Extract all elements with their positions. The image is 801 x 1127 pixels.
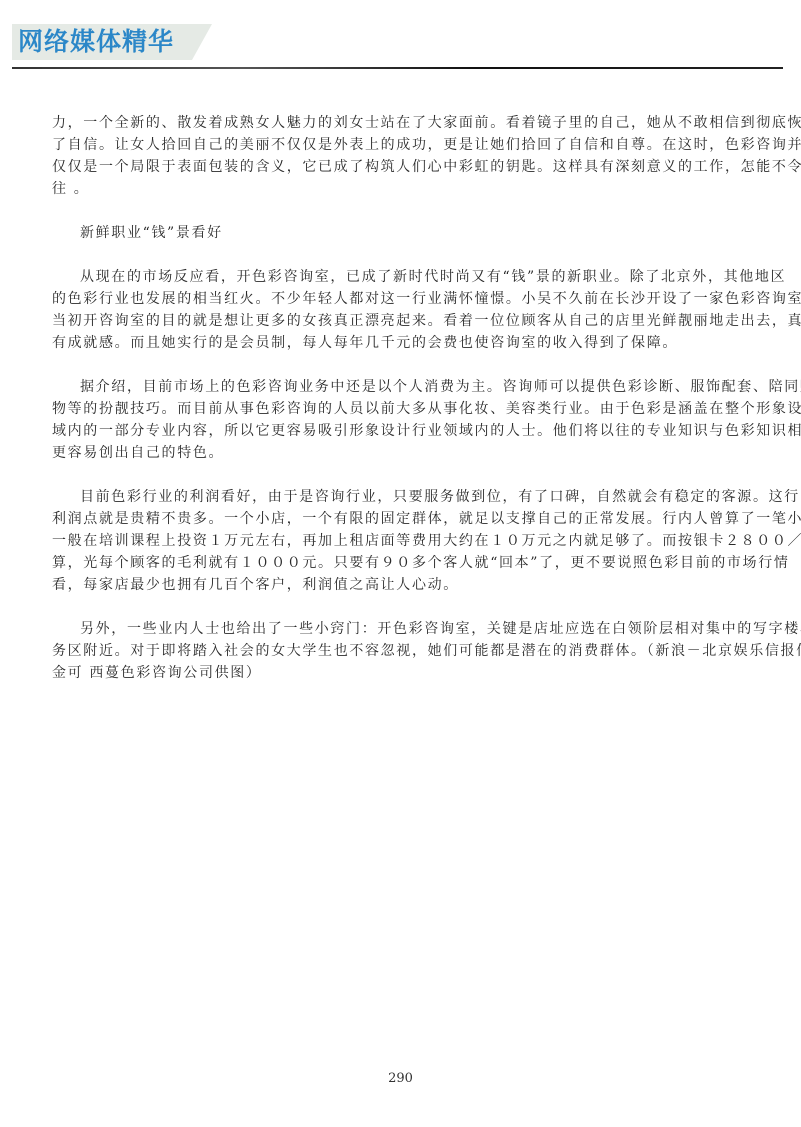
article-subheading: 新鲜职业“钱”景看好 bbox=[52, 222, 732, 244]
text-line: 据介绍，目前市场上的色彩咨询业务中还是以个人消费为主。咨询师可以提供色彩诊断、服… bbox=[52, 376, 732, 398]
text-line: 更容易创出自己的特色。 bbox=[52, 442, 732, 464]
text-line: 利润点就是贵精不贵多。一个小店，一个有限的固定群体，就足以支撑自己的正常发展。行… bbox=[52, 508, 732, 530]
paragraph-services: 据介绍，目前市场上的色彩咨询业务中还是以个人消费为主。咨询师可以提供色彩诊断、服… bbox=[52, 376, 732, 464]
text-line: 看，每家店最少也拥有几百个客户，利润值之高让人心动。 bbox=[52, 574, 732, 596]
article-body: 力，一个全新的、散发着成熟女人魅力的刘女士站在了大家面前。看着镜子里的自己，她从… bbox=[52, 112, 732, 706]
intro-paragraph: 力，一个全新的、散发着成熟女人魅力的刘女士站在了大家面前。看着镜子里的自己，她从… bbox=[52, 112, 732, 200]
text-line: 物等的扮靓技巧。而目前从事色彩咨询的人员以前大多从事化妆、美容类行业。由于色彩是… bbox=[52, 398, 732, 420]
text-line: 的色彩行业也发展的相当红火。不少年轻人都对这一行业满怀憧憬。小吴不久前在长沙开设… bbox=[52, 288, 732, 310]
text-line: 域内的一部分专业内容，所以它更容易吸引形象设计行业领域内的人士。他们将以往的专业… bbox=[52, 420, 732, 442]
header-divider bbox=[12, 67, 783, 69]
paragraph-tips: 另外，一些业内人士也给出了一些小窍门：开色彩咨询室，关键是店址应选在白领阶层相对… bbox=[52, 618, 732, 684]
text-line: 有成就感。而且她实行的是会员制，每人每年几千元的会费也使咨询室的收入得到了保障。 bbox=[52, 332, 732, 354]
text-line: 目前色彩行业的利润看好，由于是咨询行业，只要服务做到位，有了口碑，自然就会有稳定… bbox=[52, 486, 732, 508]
text-line: 仅仅是一个局限于表面包装的含义，它已成了构筑人们心中彩虹的钥匙。这样具有深刻意义… bbox=[52, 156, 732, 178]
section-title: 网络媒体精华 bbox=[18, 27, 174, 57]
paragraph-profit: 目前色彩行业的利润看好，由于是咨询行业，只要服务做到位，有了口碑，自然就会有稳定… bbox=[52, 486, 732, 596]
text-line: 力，一个全新的、散发着成熟女人魅力的刘女士站在了大家面前。看着镜子里的自己，她从… bbox=[52, 112, 732, 134]
text-line: 务区附近。对于即将踏入社会的女大学生也不容忽视，她们可能都是潜在的消费群体。（新… bbox=[52, 640, 732, 662]
text-line: 从现在的市场反应看，开色彩咨询室，已成了新时代时尚又有“钱”景的新职业。除了北京… bbox=[52, 266, 732, 288]
page-number: 290 bbox=[0, 1071, 801, 1086]
text-line: 当初开咨询室的目的就是想让更多的女孩真正漂亮起来。看着一位位顾客从自己的店里光鲜… bbox=[52, 310, 732, 332]
text-line: 一般在培训课程上投资１万元左右，再加上租店面等费用大约在１０万元之内就足够了。而… bbox=[52, 530, 732, 552]
text-line: 算，光每个顾客的毛利就有１０００元。只要有９０多个客人就“回本”了，更不要说照色… bbox=[52, 552, 732, 574]
paragraph-market: 从现在的市场反应看，开色彩咨询室，已成了新时代时尚又有“钱”景的新职业。除了北京… bbox=[52, 266, 732, 354]
text-line: 了自信。让女人拾回自己的美丽不仅仅是外表上的成功，更是让她们拾回了自信和自尊。在… bbox=[52, 134, 732, 156]
text-line: 往 。 bbox=[52, 178, 732, 200]
text-line: 金可 西蔓色彩咨询公司供图） bbox=[52, 662, 732, 684]
text-line: 另外，一些业内人士也给出了一些小窍门：开色彩咨询室，关键是店址应选在白领阶层相对… bbox=[52, 618, 732, 640]
